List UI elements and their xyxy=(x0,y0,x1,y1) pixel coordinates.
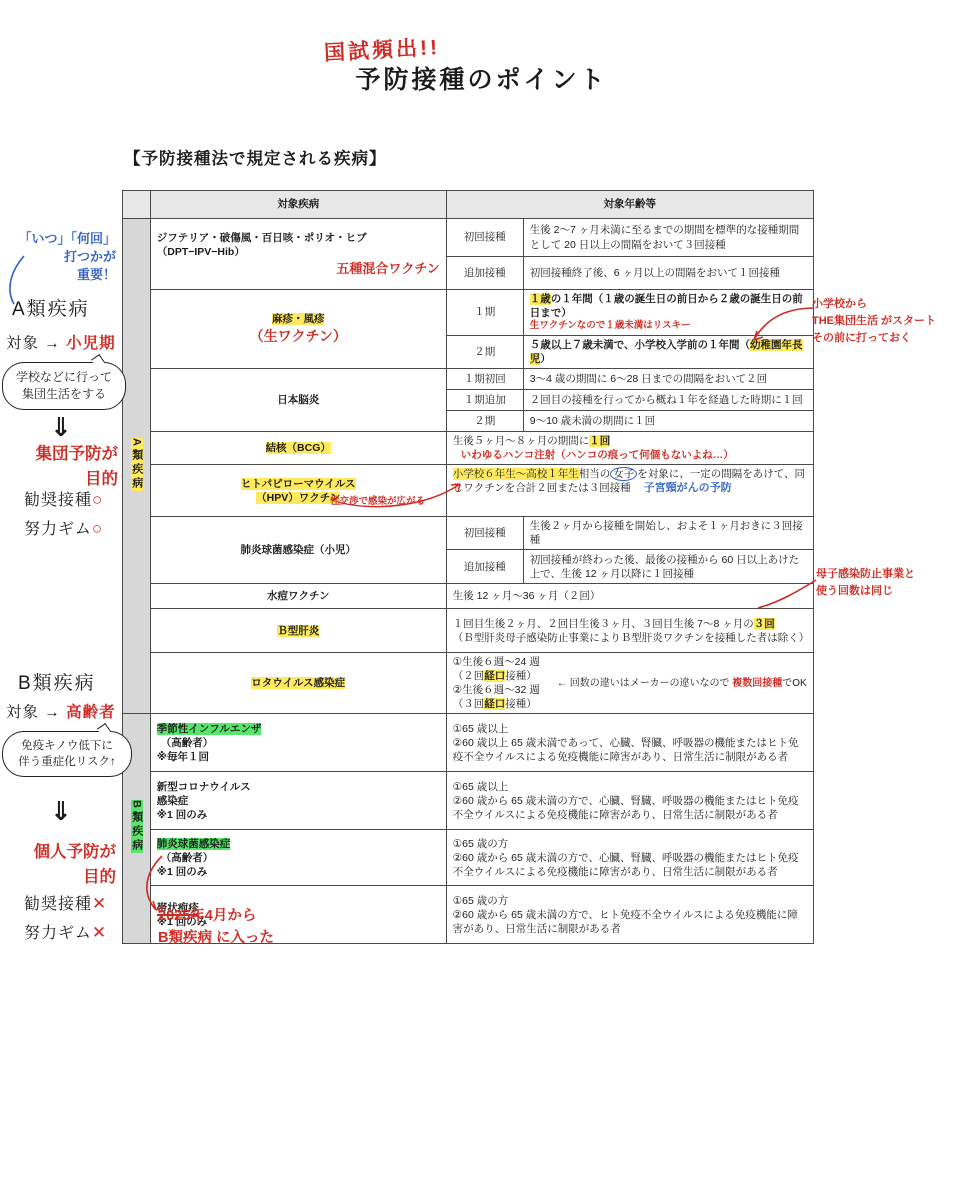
annotation-a-target: 対象 → 小児期 xyxy=(6,331,116,353)
page-title: 予防接種のポイント xyxy=(0,60,963,96)
annotation-a-duty: 努力ギム○ xyxy=(24,516,103,539)
dose-label: 追加接種 xyxy=(446,257,523,290)
circled-word-girls: 女子 xyxy=(610,467,637,481)
handwritten-note-mother: 母子感染防止事業と 使う回数は同じ xyxy=(816,566,961,600)
disease-dpt: ジフテリア・破傷風・百日咳・ポリオ・ヒブ（DPT−IPV−Hib） 五種混合ワク… xyxy=(150,219,446,290)
annotation-a-class-title: A類疾病 xyxy=(12,294,90,321)
table-row: ロタウイルス感染症 ①生後６週〜24 週（２回経口接種） ②生後６週〜32 週（… xyxy=(123,653,814,714)
dose-label: 初回接種 xyxy=(446,219,523,257)
vaccination-table: 対象疾病 対象年齢等 A類疾病 ジフテリア・破傷風・百日咳・ポリオ・ヒブ（DPT… xyxy=(122,190,814,944)
age-desc: 初回接種終了後、6 ヶ月以上の間隔をおいて１回接種 xyxy=(523,257,813,290)
down-arrow-a: ⇓ xyxy=(50,412,72,443)
age-desc: 3〜4 歳の期間に 6〜28 日までの間隔をおいて２回 xyxy=(523,368,813,389)
annotation-b-recommended: 勧奨接種✕ xyxy=(24,891,107,914)
down-arrow-b: ⇓ xyxy=(50,796,72,827)
dose-label: ２期 xyxy=(446,410,523,431)
age-desc: ①65 歳以上 ②60 歳以上 65 歳未満であって、心臓、腎臓、呼吸器の機能ま… xyxy=(446,714,813,772)
speech-bubble-b: 免疫キノウ低下に 伴う重症化リスク↑ xyxy=(2,731,132,777)
age-desc: 生後２ヶ月から接種を開始し、およそ１ヶ月おきに３回接種 xyxy=(523,517,813,550)
group-a-band: A類疾病 xyxy=(123,219,151,714)
disease-pneumo-child: 肺炎球菌感染症（小児） xyxy=(150,517,446,584)
handwritten-note-dpt: 五種混合ワクチン xyxy=(157,260,440,277)
rota-lines: ①生後６週〜24 週（２回経口接種） ②生後６週〜32 週（３回経口接種） xyxy=(453,655,551,711)
table-row: 水痘ワクチン 生後 12 ヶ月〜36 ヶ月（２回） xyxy=(123,584,814,609)
age-desc: 生後５ヶ月〜８ヶ月の期間に１回いわゆるハンコ注射（ハンコの痕って何個もないよね…… xyxy=(446,431,813,464)
disease-covid: 新型コロナウイルス 感染症 ※1 回のみ xyxy=(150,772,446,830)
annotation-b-duty: 努力ギム✕ xyxy=(24,920,107,943)
dose-label: １期初回 xyxy=(446,368,523,389)
disease-flu: 季節性インフルエンザ （高齢者） ※毎年１回 xyxy=(150,714,446,772)
table-row: 結核（BCG） 生後５ヶ月〜８ヶ月の期間に１回いわゆるハンコ注射（ハンコの痕って… xyxy=(123,431,814,464)
disease-bcg: 結核（BCG） xyxy=(150,431,446,464)
age-desc: １回目生後２ヶ月、２回目生後３ヶ月、３回目生後 7〜8 ヶ月の３回 （Ｂ型肝炎母… xyxy=(446,609,813,653)
table-row: A類疾病 ジフテリア・破傷風・百日咳・ポリオ・ヒブ（DPT−IPV−Hib） 五… xyxy=(123,219,814,257)
table-header-row: 対象疾病 対象年齢等 xyxy=(123,191,814,219)
disease-rota: ロタウイルス感染症 xyxy=(150,653,446,714)
disease-je: 日本脳炎 xyxy=(150,368,446,431)
dose-label: １期 xyxy=(446,290,523,336)
age-desc: 生後 2〜7 ヶ月未満に至るまでの期間を標準的な接種期間として 20 日以上の間… xyxy=(523,219,813,257)
table-row: 麻疹・風疹 （生ワクチン） １期 １歳の１年間（１歳の誕生日の前日から２歳の誕生… xyxy=(123,290,814,336)
dose-label: 初回接種 xyxy=(446,517,523,550)
dose-label: ２期 xyxy=(446,335,523,368)
handwritten-note-hpv-transmission: 性交渉で感染が広がる xyxy=(330,493,425,507)
annotation-b-purpose: 個人予防が 目的 xyxy=(14,840,116,890)
red-arrow-to-kindergarten xyxy=(742,300,817,350)
table-row: 日本脳炎 １期初回 3〜4 歳の期間に 6〜28 日までの間隔をおいて２回 xyxy=(123,368,814,389)
handwritten-note-rota: ← 回数の違いはメーカーの違いなので 複数回接種でOK xyxy=(557,677,807,690)
handwritten-note-2025: 2025年4月から B類疾病 に入った xyxy=(158,906,274,950)
age-desc: ①65 歳の方 ②60 歳から 65 歳未満の方で、心臓、腎臓、呼吸器の機能また… xyxy=(446,830,813,886)
handwritten-note-school: 小学校から THE集団生活 がスタート その前に打っておく xyxy=(812,296,962,347)
speech-bubble-a: 学校などに行って 集団生活をする xyxy=(2,362,126,410)
disease-pneumo-elder: 肺炎球菌感染症 （高齢者） ※1 回のみ xyxy=(150,830,446,886)
annotation-b-target: 対象 → 高齢者 xyxy=(6,700,116,722)
disease-mr: 麻疹・風疹 （生ワクチン） xyxy=(150,290,446,369)
group-b-label: B類疾病 xyxy=(129,800,144,853)
table-row: 新型コロナウイルス 感染症 ※1 回のみ ①65 歳以上 ②60 歳から 65 … xyxy=(123,772,814,830)
handwritten-note-mr: （生ワクチン） xyxy=(157,327,440,346)
table-row: 肺炎球菌感染症 （高齢者） ※1 回のみ ①65 歳の方 ②60 歳から 65 … xyxy=(123,830,814,886)
age-desc: ２回目の接種を行ってから概ね１年を経過した時期に１回 xyxy=(523,389,813,410)
table-row: B類疾病 季節性インフルエンザ （高齢者） ※毎年１回 ①65 歳以上 ②60 … xyxy=(123,714,814,772)
group-a-label: A類疾病 xyxy=(129,438,144,491)
table-row: 肺炎球菌感染症（小児） 初回接種 生後２ヶ月から接種を開始し、およそ１ヶ月おきに… xyxy=(123,517,814,550)
dose-label: １期追加 xyxy=(446,389,523,410)
age-desc: ①65 歳の方 ②60 歳から 65 歳未満の方で、ヒト免疫不全ウイルスによる免… xyxy=(446,886,813,944)
age-desc: ①生後６週〜24 週（２回経口接種） ②生後６週〜32 週（３回経口接種） ← … xyxy=(446,653,813,714)
annotation-b-class-title: B類疾病 xyxy=(18,668,96,695)
red-line-hepb xyxy=(752,572,820,614)
notes-page: 国試頻出!! 予防接種のポイント 【予防接種法で規定される疾病】 対象疾病 対象… xyxy=(0,0,963,1200)
handwritten-note-bcg: いわゆるハンコ注射（ハンコの痕って何個もないよね…） xyxy=(461,449,734,461)
age-desc: ①65 歳以上 ②60 歳から 65 歳未満の方で、心臓、腎臓、呼吸器の機能また… xyxy=(446,772,813,830)
header-corner-cell xyxy=(123,191,151,219)
annotation-a-recommended: 勧奨接種○ xyxy=(24,487,103,510)
age-desc: 小学校６年生〜高校１年生相当の女子を対象に、一定の間隔をあけて、同じワクチンを合… xyxy=(446,465,813,517)
header-age: 対象年齢等 xyxy=(446,191,813,219)
disease-hepb: Ｂ型肝炎 xyxy=(150,609,446,653)
table-row: Ｂ型肝炎 １回目生後２ヶ月、２回目生後３ヶ月、３回目生後 7〜8 ヶ月の３回 （… xyxy=(123,609,814,653)
annotation-a-purpose: 集団予防が 目的 xyxy=(18,442,118,492)
age-desc: 9〜10 歳未満の期間に１回 xyxy=(523,410,813,431)
header-disease: 対象疾病 xyxy=(150,191,446,219)
dose-label: 追加接種 xyxy=(446,550,523,584)
handwritten-note-hpv-cancer: 子宮頸がんの予防 xyxy=(644,482,732,494)
disease-varicella: 水痘ワクチン xyxy=(150,584,446,609)
section-heading: 【予防接種法で規定される疾病】 xyxy=(124,145,387,169)
